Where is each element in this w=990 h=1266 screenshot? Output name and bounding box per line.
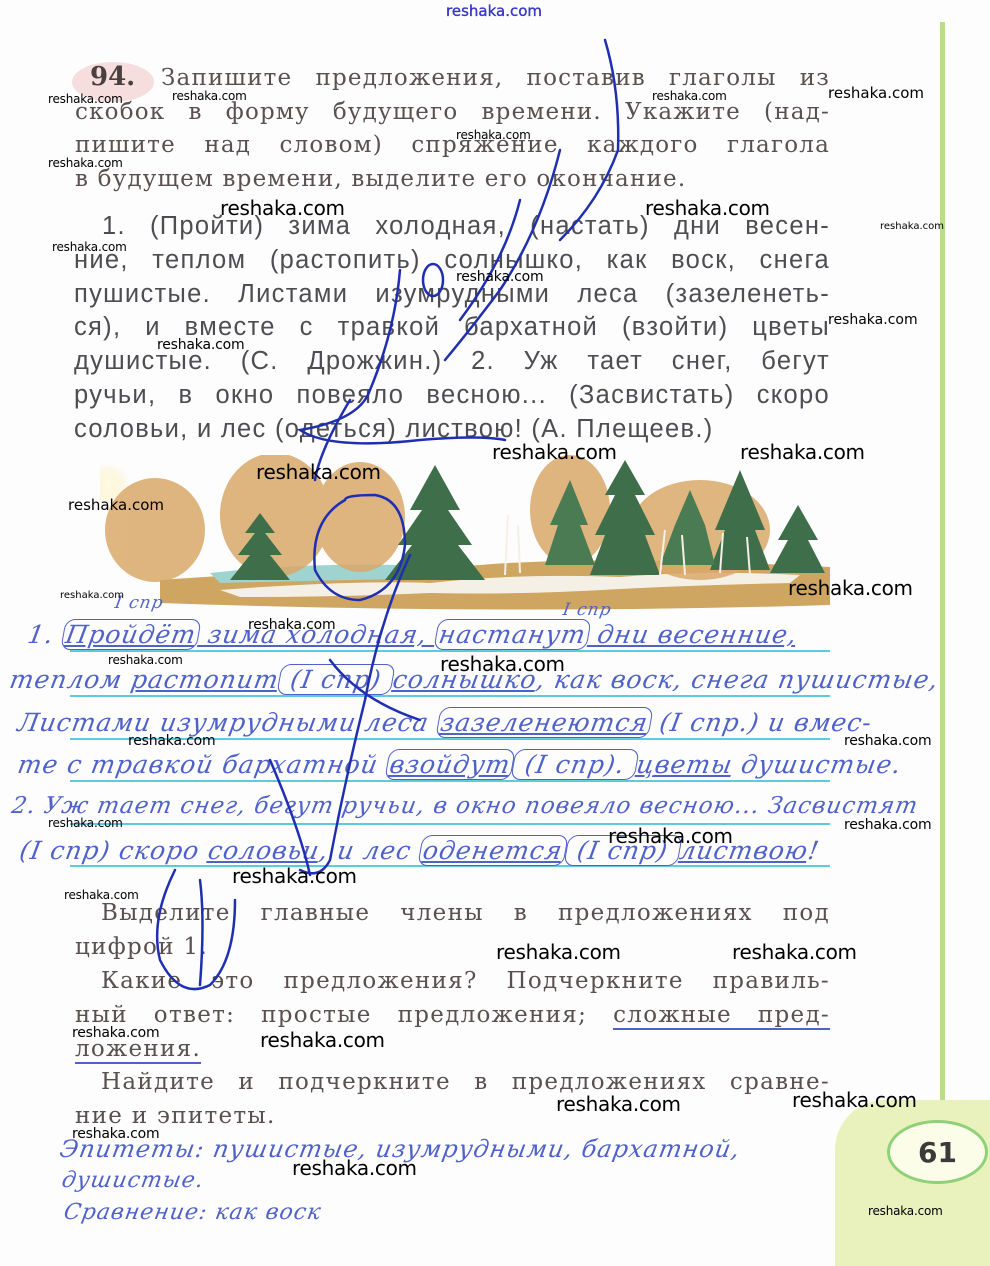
site-watermark: reshaka.com: [52, 240, 127, 254]
site-watermark: reshaka.com: [72, 1126, 159, 1142]
site-watermark: reshaka.com: [880, 221, 944, 232]
site-watermark: reshaka.com: [248, 617, 335, 633]
site-watermark: reshaka.com: [232, 864, 357, 888]
spring-forest-illustration: [100, 455, 830, 610]
site-watermark: reshaka.com: [48, 92, 123, 106]
site-watermark: reshaka.com: [652, 89, 727, 103]
site-watermark: reshaka.com: [828, 312, 918, 328]
site-watermark: reshaka.com: [608, 824, 733, 848]
site-watermark: reshaka.com: [220, 196, 345, 220]
ruled-line: [70, 695, 830, 697]
site-watermark: reshaka.com: [740, 440, 865, 464]
site-watermark: reshaka.com: [60, 590, 124, 601]
site-watermark: reshaka.com: [844, 817, 931, 833]
underlined-answer: сложные пред-: [613, 1002, 830, 1030]
handwritten-answer-line: 2. Уж тает снег, бегут ручьи, в окно пов…: [10, 793, 921, 819]
text-line: соловьи, и лес (одеться) листвою! (А. Пл…: [74, 413, 830, 447]
exercise-text: 1. (Пройти) зима холодная, (настать) дни…: [74, 210, 830, 447]
question-comparison-epithets: Найдите и подчеркните в предложениях сра…: [75, 1065, 830, 1133]
handwritten-answer-line: 1. Пройдёт зима холодная, настанут дни в…: [25, 620, 799, 649]
site-watermark: reshaka.com: [456, 128, 531, 142]
instruction-line: в будущем времени, выделите его окончани…: [75, 163, 830, 197]
site-watermark: reshaka.com: [868, 1204, 943, 1218]
site-watermark: reshaka.com: [72, 1025, 159, 1041]
site-watermark: reshaka.com: [68, 496, 164, 514]
question-main-members: Выделите главные члены в предложениях по…: [75, 896, 830, 964]
site-watermark-top: reshaka.com: [446, 2, 542, 20]
site-watermark: reshaka.com: [48, 156, 123, 170]
site-watermark: reshaka.com: [556, 1092, 681, 1116]
site-watermark: reshaka.com: [108, 653, 183, 667]
text-line: пушистые. Листами изумрудными леса (зазе…: [74, 278, 830, 312]
site-watermark: reshaka.com: [828, 84, 924, 102]
site-watermark: reshaka.com: [292, 1156, 417, 1180]
handwritten-epithets-cont: душистые.: [60, 1168, 206, 1193]
site-watermark: reshaka.com: [788, 576, 913, 600]
handwritten-comparison: Сравнение: как воск: [62, 1200, 324, 1225]
site-watermark: reshaka.com: [48, 816, 123, 830]
page-margin-strip: [940, 22, 945, 1112]
handwritten-answer-line: те с травкой бархатной взойдут (I спр). …: [15, 750, 904, 779]
site-watermark: reshaka.com: [128, 733, 215, 749]
instruction-line: пишите над словом) спряжение каждого гла…: [75, 129, 830, 163]
site-watermark: reshaka.com: [496, 940, 621, 964]
site-watermark: reshaka.com: [732, 940, 857, 964]
site-watermark: reshaka.com: [645, 196, 770, 220]
site-watermark: reshaka.com: [492, 440, 617, 464]
site-watermark: reshaka.com: [792, 1088, 917, 1112]
text-line: ние, теплом (растопить) солнышко, как во…: [74, 244, 830, 278]
site-watermark: reshaka.com: [456, 269, 543, 285]
site-watermark: reshaka.com: [64, 888, 139, 902]
site-watermark: reshaka.com: [844, 733, 931, 749]
page-number: 61: [887, 1120, 988, 1184]
site-watermark: reshaka.com: [256, 460, 381, 484]
site-watermark: reshaka.com: [157, 337, 244, 353]
site-watermark: reshaka.com: [440, 652, 565, 676]
site-watermark: reshaka.com: [172, 89, 247, 103]
handwritten-conjugation-mark: I спр: [561, 600, 613, 620]
site-watermark: reshaka.com: [260, 1028, 385, 1052]
question-sentence-type: Какие это предложения? Подчеркните прави…: [75, 964, 830, 1066]
exercise-instructions: Запишите предложения, поставив глаголы и…: [75, 62, 830, 196]
ruled-line: [70, 780, 830, 782]
text-line: ручьи, в окно повеяло весною... (Засвист…: [74, 379, 830, 413]
